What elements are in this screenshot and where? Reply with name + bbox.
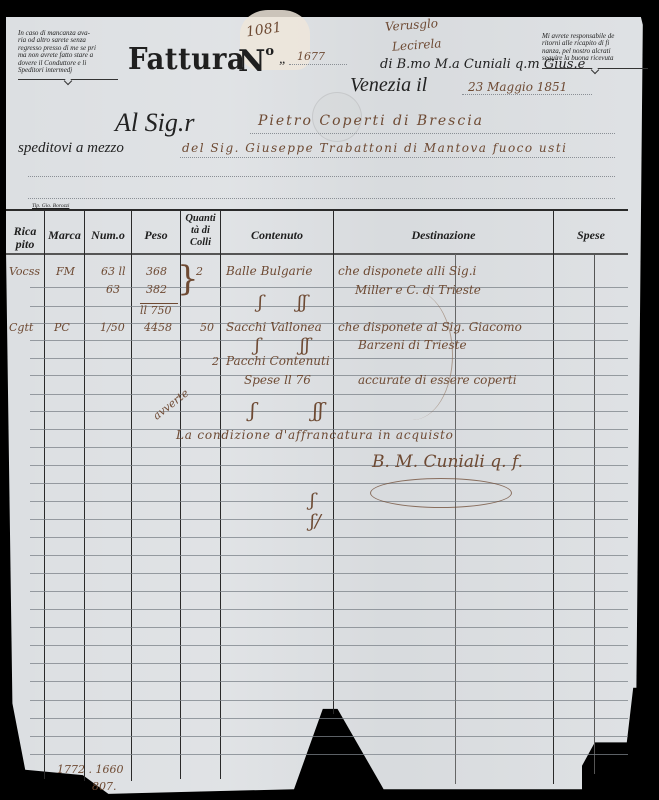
closing-line: La condizione d'affrancatura in acquisto	[176, 428, 454, 442]
cell-ricapito: Vocss	[9, 265, 40, 278]
invoice-title: Fattura	[128, 42, 245, 77]
signature-flourish	[370, 478, 512, 508]
cell-contenuto: Sacchi Vallonea	[226, 320, 322, 334]
cell-peso-total: ll 750	[140, 304, 172, 317]
ditto-marks-2: ʃ ʃʃ	[255, 335, 310, 356]
notice-left: In caso di mancanza ava- ria od altro sa…	[18, 30, 118, 80]
cell-colli: 50	[200, 321, 214, 334]
col-line-5	[220, 209, 221, 779]
blank-dotted-line-2	[28, 198, 615, 199]
invoice-number-label: No	[238, 44, 274, 79]
cell-contenuto: Spese ll 76	[244, 373, 311, 387]
bottom-figures-2: 807.	[92, 780, 117, 793]
notice-left-brace	[18, 76, 118, 80]
cell-contenuto: Balle Bulgarie	[226, 264, 312, 278]
table-header-rule	[6, 253, 628, 255]
shipped-label: speditovi a mezzo	[18, 140, 124, 157]
bottom-figures-1: 1772 . 1660	[57, 763, 123, 776]
notice-left-text: In caso di mancanza ava- ria od altro sa…	[18, 30, 118, 74]
cell-peso: 368	[146, 265, 167, 278]
cell-ricapito: Cgtt	[9, 321, 33, 334]
lower-ditto-marks: ʃʃ/	[310, 490, 321, 532]
blank-dotted-line-1	[28, 176, 615, 177]
col-line-3	[131, 209, 132, 781]
col-line-2	[84, 209, 85, 781]
cell-numero: 63 ll	[101, 265, 126, 278]
number-sup: o	[265, 44, 274, 59]
cell-marca: PC	[54, 321, 70, 334]
cell-numero: 63	[106, 283, 120, 296]
ink-curve	[372, 290, 453, 420]
addressee-dotted-line	[250, 133, 615, 134]
header-ricapito: Rica pito	[7, 225, 43, 251]
cell-marca: FM	[56, 265, 75, 278]
invoice-number: 1677	[297, 50, 325, 63]
col-line-8	[553, 209, 554, 784]
ditto-marks-1: ʃ ʃʃ	[258, 292, 307, 313]
col-line-1	[44, 209, 45, 779]
header-peso: Peso	[132, 229, 180, 242]
shipped-value: del Sig. Giuseppe Trabattoni di Mantova …	[182, 141, 567, 155]
cell-colli: 2	[212, 355, 219, 368]
number-label: N	[238, 44, 265, 79]
number-quote: „	[279, 52, 287, 68]
cell-destinazione: che disponete alli Sig.i	[338, 264, 476, 278]
place-date-label: Venezia il	[350, 74, 427, 97]
cell-numero: 1/50	[100, 321, 125, 334]
addressee-label: Al Sig.r	[115, 108, 194, 138]
table-top-rule	[6, 209, 628, 211]
brace-bracket: }	[177, 262, 199, 296]
cell-contenuto: Pacchi Contenuti	[226, 354, 330, 368]
cell-peso: 4458	[144, 321, 172, 334]
header-quantita-colli: Quanti tà di Colli	[181, 213, 220, 249]
header-marca: Marca	[45, 229, 84, 242]
addressee-value: Pietro Coperti di Brescia	[258, 113, 484, 129]
ditto-marks-3: ʃ ʃʃ	[250, 398, 324, 422]
date-value: 23 Maggio 1851	[468, 80, 567, 94]
col-line-9	[594, 254, 595, 774]
header-destinazione: Destinazione	[334, 229, 553, 242]
issuer: di B.mo M.a Cuniali q.m Gius.e	[380, 57, 585, 72]
header-contenuto: Contenuto	[222, 229, 332, 242]
col-line-6	[333, 209, 334, 714]
date-dotted-line	[462, 94, 592, 95]
header-numero: Num.o	[85, 229, 131, 242]
cell-peso: 382	[146, 283, 167, 296]
shipped-dotted-line	[180, 157, 615, 158]
signature: B. M. Cuniali q. f.	[372, 452, 523, 472]
number-dotted-line	[289, 64, 347, 65]
header-spese: Spese	[554, 229, 628, 242]
